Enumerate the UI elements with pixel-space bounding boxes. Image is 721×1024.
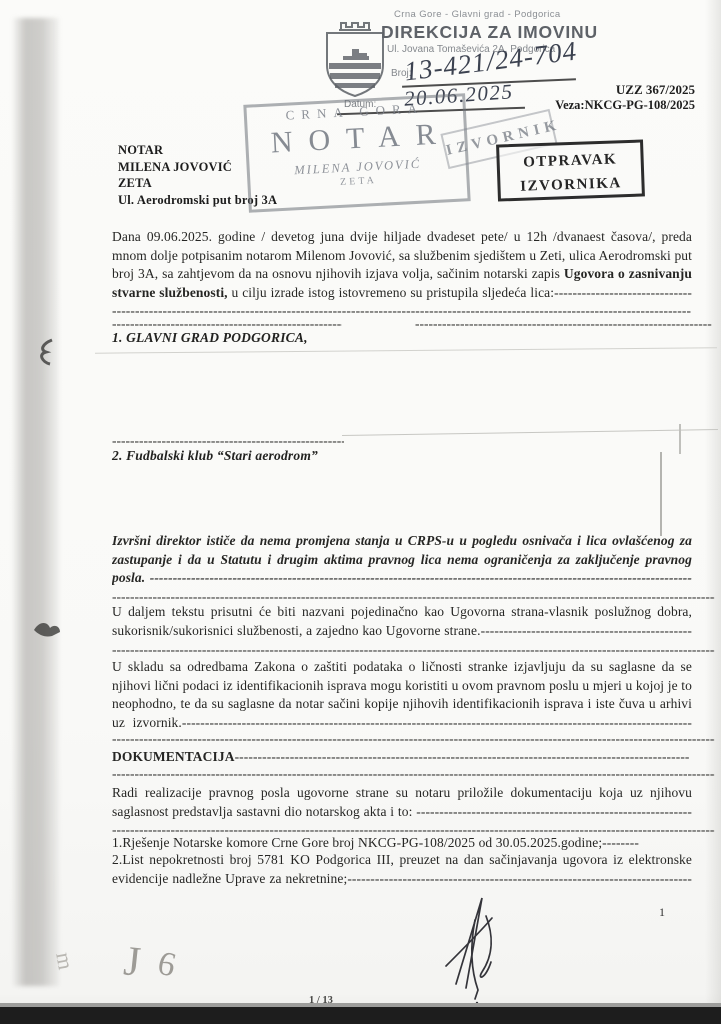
otpravak-izvornika-stamp: OTPRAVAK IZVORNIKA — [496, 139, 645, 201]
document-list-item-2: 2.List nepokretnosti broj 5781 KO Podgor… — [112, 851, 692, 890]
notar-ink-stamp: CRNA GORA NOTAR MILENA JOVOVIĆ ZETA — [243, 93, 470, 212]
handwritten-mark-6: 6 — [154, 945, 180, 986]
dash-separator: ----------------------------------------… — [112, 731, 715, 749]
dokumentacija-heading: DOKUMENTACIJA — [112, 749, 235, 764]
party-1-heading: 1. GLAVNI GRAD PODGORICA, — [112, 330, 308, 346]
page-number: 1 — [659, 905, 665, 920]
scan-right-shade — [705, 0, 721, 1007]
redaction-edge-vertical — [679, 424, 681, 454]
veza-number: Veza:NKCG-PG-108/2025 — [535, 98, 695, 113]
dash-separator: ----------------------------------------… — [112, 766, 715, 784]
intro-paragraph: Dana 09.06.2025. godine / devetog juna d… — [112, 228, 692, 321]
dash-segment: ----------------------------------------… — [415, 316, 712, 332]
redaction-edge — [95, 347, 717, 353]
otpravak-line: IZVORNIKA — [500, 171, 642, 200]
ink-smudge — [36, 336, 62, 368]
radi-paragraph: Radi realizacije pravnog posla ugovorne … — [112, 784, 692, 823]
executive-director-paragraph: Izvršni direktor ističe da nema promjena… — [112, 532, 692, 590]
notary-signature — [430, 892, 514, 1008]
uzz-number: UZZ 367/2025 — [535, 82, 695, 98]
intro-text-2: u cilju izrade istog istovremeno su pris… — [228, 285, 554, 300]
scanned-notarial-document-page: Crna Gore - Glavni grad - Podgorica DIRE… — [0, 0, 721, 1024]
scan-smudge-bar — [13, 18, 59, 986]
redaction-edge-vertical — [660, 452, 662, 536]
udaljem-paragraph: U daljem tekstu prisutni će biti nazvani… — [112, 603, 692, 642]
handwritten-edge-mark: m — [50, 950, 79, 971]
reference-numbers: UZZ 367/2025 Veza:NKCG-PG-108/2025 — [535, 82, 695, 113]
handwritten-mark-j: J — [122, 937, 143, 986]
dash-segment: ----------------------------------------… — [112, 433, 344, 449]
dokumentacija-heading-row: DOKUMENTACIJA---------------------------… — [112, 748, 692, 767]
scan-bottom-band — [0, 1007, 721, 1024]
party-2-heading: 2. Fudbalski klub “Stari aerodrom” — [112, 448, 318, 464]
list-item: 1.Rješenje Notarske komore Crne Gore bro… — [112, 835, 639, 850]
org-region-line: Crna Gore - Glavni grad - Podgorica — [394, 9, 561, 20]
redaction-edge — [342, 429, 718, 436]
ink-smudge — [30, 616, 64, 640]
dash-segment: ----------------------------------------… — [112, 731, 715, 747]
dash-segment: ----------------------------------------… — [112, 642, 715, 658]
data-protection-paragraph: U skladu sa odredbama Zakona o zaštiti p… — [112, 658, 692, 734]
dash-segment: ----------------------------------------… — [112, 766, 715, 782]
dash-filler: ----------------------------------------… — [112, 570, 692, 590]
